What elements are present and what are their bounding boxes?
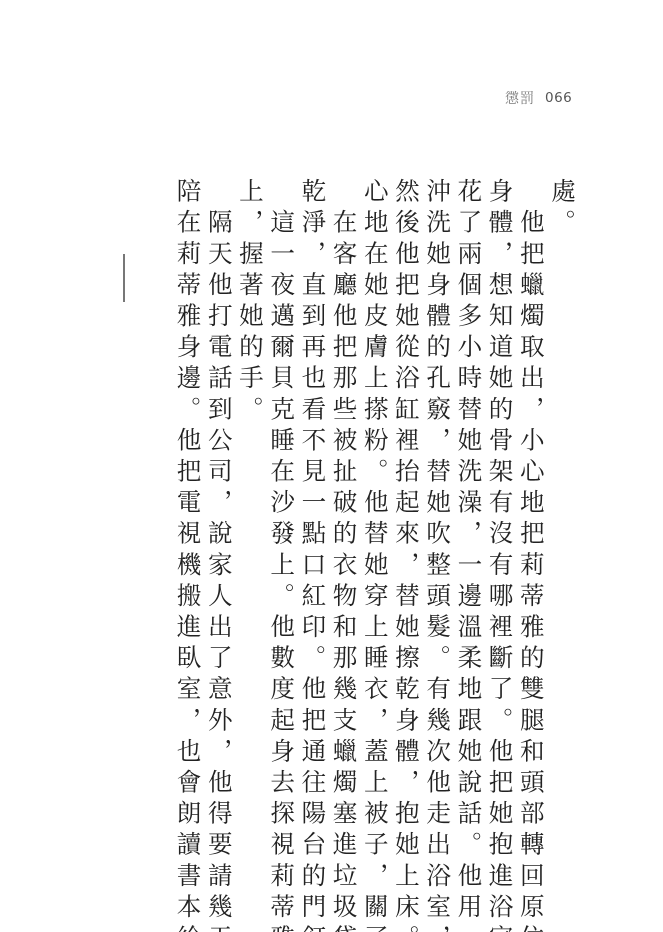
- text-column: 身體，想知道她的骨架有沒有哪裡斷了。他把她抱進浴室，放進浴缸，接了水，: [484, 178, 515, 818]
- margin-rule: [123, 254, 125, 302]
- vertical-text-body: 處。 他把蠟燭取出，小心地把莉蒂雅的雙腿和頭部轉回原位，像個醫生輕按她的 身體，…: [166, 178, 578, 818]
- text-column: 他把蠟燭取出，小心地把莉蒂雅的雙腿和頭部轉回原位，像個醫生輕按她的: [516, 178, 547, 818]
- text-column: 上，握著她的手。: [235, 178, 266, 818]
- text-column: 這一夜邁爾貝克睡在沙發上。他數度起身去探視莉蒂雅，坐在床邊的椅子: [266, 178, 297, 818]
- text-column: 隔天他打電話到公司，說家人出了意外，他得要請幾天假。接下來那幾天他: [204, 178, 235, 818]
- page-number: 066: [545, 90, 572, 106]
- text-column: 心地在她皮膚上搽粉。他替她穿上睡衣，蓋上被子，關了燈。: [360, 178, 391, 818]
- text-column: 然後他把她從浴缸裡抬起來，替她擦乾身體，抱她上床。他一邊撫摸她，一邊小: [391, 178, 422, 818]
- running-header: 懲罰 066: [505, 86, 615, 110]
- text-column: 乾淨，直到再也看不見一點口紅印。他把通往陽台的門釘死。: [297, 178, 328, 818]
- text-column: 在客廳他把那些被扯破的衣物和那幾支蠟燭塞進垃圾袋，再把客廳的茶几擦: [328, 178, 359, 818]
- text-column: 陪在莉蒂雅身邊。他把電視機搬進臥室，也會朗讀書本給她聽。: [172, 178, 203, 818]
- text-column: 處。: [547, 178, 578, 818]
- text-column: 花了兩個多小時替她洗澡，一邊溫柔地跟她說話。他用一塊柔軟的海綿清洗她，: [453, 178, 484, 818]
- text-column: 沖洗她身體的孔竅，替她吹整頭髮。有幾次他走出浴室，不想讓她看見他在哭。: [422, 178, 453, 818]
- chapter-title: 懲罰: [505, 88, 535, 108]
